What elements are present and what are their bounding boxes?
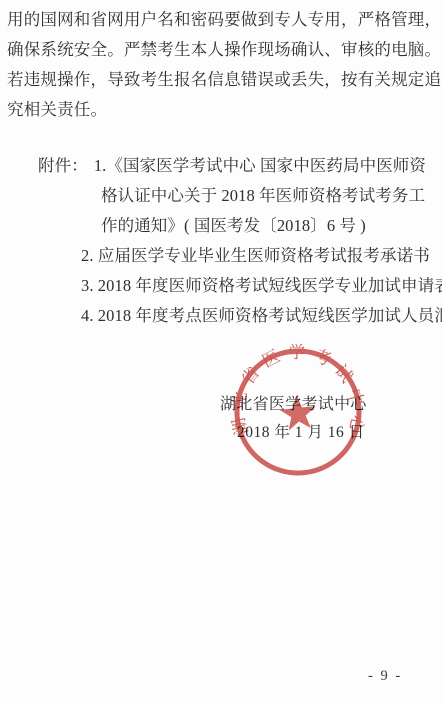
body-line: 若违规操作，导致考生报名信息错误或丢失，按有关规定追	[7, 65, 439, 95]
attachment-item-2: 2. 应届医学专业毕业生医师资格考试报考承诺书	[0, 241, 442, 271]
attachment-item-1: 1.《国家医学考试中心 国家中医药局中医师资	[94, 156, 426, 175]
attachment-line: 格认证中心关于 2018 年医师资格考试考务工	[0, 181, 442, 211]
body-line: 用的国网和省网用户名和密码要做到专人专用，严格管理，	[7, 5, 439, 35]
official-seal: 湖北省医学考试中心	[228, 342, 368, 482]
attachment-item-4: 4. 2018 年度考点医师资格考试短线医学加试人员汇总表	[0, 301, 442, 331]
document-page: 用的国网和省网用户名和密码要做到专人专用，严格管理， 确保系统安全。严禁考生本人…	[0, 0, 442, 705]
attachment-item-3: 3. 2018 年度医师资格考试短线医学专业加试申请表	[0, 271, 442, 301]
page-number: - 9 -	[368, 668, 402, 685]
svg-text:湖北省医学考试中心: 湖北省医学考试中心	[228, 342, 368, 449]
attachment-line: 附件：1.《国家医学考试中心 国家中医药局中医师资	[0, 151, 442, 181]
body-line: 究相关责任。	[7, 95, 439, 125]
attachments-label: 附件：	[38, 156, 88, 175]
body-paragraph: 用的国网和省网用户名和密码要做到专人专用，严格管理， 确保系统安全。严禁考生本人…	[7, 5, 439, 125]
attachment-line: 作的通知》( 国医考发〔2018〕6 号 )	[0, 211, 442, 241]
body-line: 确保系统安全。严禁考生本人操作现场确认、审核的电脑。	[7, 35, 439, 65]
seal-curved-text: 湖北省医学考试中心	[228, 342, 368, 449]
attachments-section: 附件：1.《国家医学考试中心 国家中医药局中医师资 格认证中心关于 2018 年…	[0, 151, 442, 331]
seal-star-icon	[278, 393, 318, 431]
